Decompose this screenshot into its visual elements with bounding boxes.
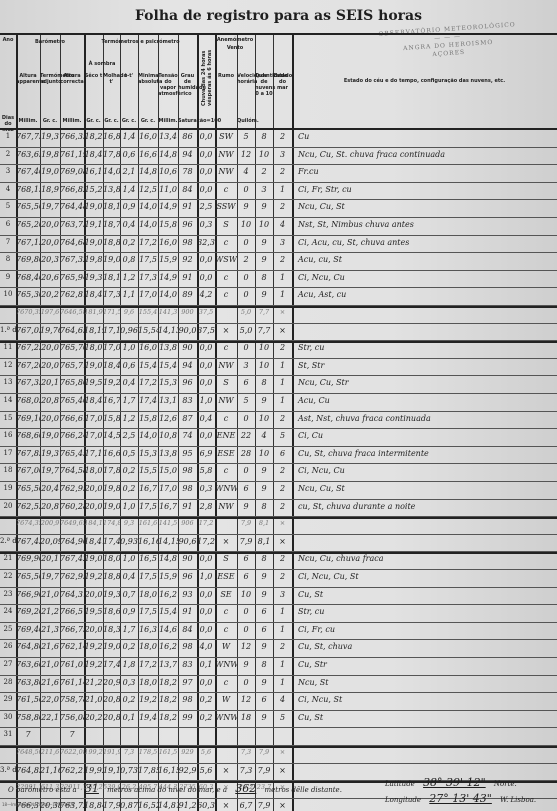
data-cell: 19,0: [103, 255, 120, 264]
data-cell: 764,68: [60, 238, 84, 247]
data-cell: 161,5: [158, 748, 178, 756]
data-cell: 761,01: [60, 660, 84, 669]
data-cell: 1: [273, 678, 292, 687]
data-cell: 19,2: [103, 378, 120, 387]
data-cell: 92: [178, 255, 197, 264]
data-cell: 767,40: [16, 167, 40, 176]
data-cell: 1: [273, 273, 292, 282]
data-cell: 9,3: [120, 519, 138, 527]
data-cell: 22: [237, 431, 255, 440]
data-cell: 0,0: [197, 167, 215, 176]
data-cell: 96: [178, 378, 197, 387]
data-cell: 20,09: [40, 537, 60, 546]
data-cell: 765,50: [16, 572, 40, 581]
data-cell: 3: [273, 150, 292, 159]
sky-observation: Ncu, Cu, St. chuva fraca continuada: [292, 150, 557, 159]
data-cell: 9: [255, 202, 273, 211]
data-cell: 767,85: [16, 449, 40, 458]
data-cell: 12: [237, 695, 255, 704]
data-cell: 0: [237, 625, 255, 634]
column-header: Chuva das 24 horas vésperas ás 6 horas: [201, 43, 211, 113]
data-cell: 0,2: [197, 713, 215, 722]
data-cell: 6,7: [237, 801, 255, 810]
data-cell: 20,4: [40, 484, 60, 493]
data-cell: 20,0: [84, 484, 103, 493]
data-cell: 19,7: [40, 202, 60, 211]
data-cell: 16,0: [138, 343, 158, 352]
data-cell: 19,3: [40, 449, 60, 458]
data-cell: 19,0: [103, 502, 120, 511]
data-cell: 1: [273, 185, 292, 194]
data-cell: 1,8: [120, 660, 138, 669]
data-cell: 91: [178, 202, 197, 211]
data-cell: 763,80: [16, 678, 40, 687]
data-cell: 94: [178, 361, 197, 370]
day-number: 24: [0, 607, 16, 615]
data-cell: 12,6: [158, 414, 178, 423]
data-cell: 19,0: [40, 167, 60, 176]
data-cell: 21,2: [40, 607, 60, 616]
data-cell: 16,6: [103, 449, 120, 458]
data-cell: 2: [273, 132, 292, 141]
data-cell: 19,4: [138, 713, 158, 722]
data-cell: 14,5: [103, 431, 120, 440]
day-number: 13: [0, 378, 16, 386]
data-cell: 7,9: [237, 537, 255, 546]
data-cell: 9: [237, 502, 255, 511]
data-cell: 5,6: [197, 748, 215, 756]
data-cell: 16,0: [158, 238, 178, 247]
data-cell: 37,5: [197, 326, 215, 335]
row-rule: [0, 481, 557, 482]
data-cell: WNW: [215, 660, 237, 669]
data-cell: 767,25: [16, 343, 40, 352]
day-number: 25: [0, 625, 16, 633]
sky-observation: Acu, Cu: [292, 396, 557, 405]
day-number: 31: [0, 730, 16, 738]
data-cell: 0,0: [197, 378, 215, 387]
data-cell: 9: [255, 590, 273, 599]
data-cell: 2: [273, 642, 292, 651]
data-cell: 141,3: [158, 308, 178, 316]
data-cell: 19,2: [138, 695, 158, 704]
latitude-value: 38° 39' 12": [417, 776, 492, 789]
data-cell: 0,0: [197, 150, 215, 159]
data-cell: 17,5: [138, 572, 158, 581]
data-cell: 9: [255, 484, 273, 493]
data-cell: 8: [255, 554, 273, 563]
data-cell: 15,8: [103, 414, 120, 423]
data-cell: 0,0: [197, 607, 215, 616]
sky-observation: cu, St, chuva durante a noite: [292, 502, 557, 511]
data-cell: 4: [273, 695, 292, 704]
sky-observation: Str, cu: [292, 343, 557, 352]
data-cell: 83: [178, 396, 197, 405]
data-cell: 758,78: [60, 695, 84, 704]
data-cell: 762,81: [60, 290, 84, 299]
data-cell: 4: [273, 220, 292, 229]
latitude: Latitude 38° 39' 12" Norte.: [385, 776, 517, 789]
data-cell: 20,8: [40, 396, 60, 405]
data-cell: 19,3: [84, 273, 103, 282]
column-header: Rumo: [215, 73, 237, 79]
sky-observation: Cu, St: [292, 713, 557, 722]
data-cell: 12,5: [138, 185, 158, 194]
data-cell: 0,5: [120, 449, 138, 458]
column-unit: Saturação=100: [178, 118, 197, 124]
row-rule: [0, 675, 557, 676]
sky-observation: Str, cu: [292, 607, 557, 616]
day-number: 11: [0, 343, 16, 351]
data-cell: 21,2: [84, 678, 103, 687]
data-cell: S: [215, 378, 237, 387]
data-cell: 0,4: [120, 378, 138, 387]
data-cell: 17,1: [84, 449, 103, 458]
data-cell: 769,08: [60, 167, 84, 176]
data-cell: 2,5: [197, 202, 215, 211]
data-cell: 18,4: [84, 290, 103, 299]
data-cell: 1,7: [120, 396, 138, 405]
data-cell: 21,3: [40, 625, 60, 634]
data-cell: c: [215, 185, 237, 194]
data-cell: 20,6: [40, 273, 60, 282]
data-cell: 1,0: [197, 572, 215, 581]
data-cell: 0,1: [120, 713, 138, 722]
data-cell: 11,0: [158, 185, 178, 194]
sky-observation: Nst, St, Nimbus chuva antes: [292, 220, 557, 229]
row-rule: [0, 270, 557, 271]
data-cell: 16,3: [138, 625, 158, 634]
data-cell: 766,24: [60, 431, 84, 440]
data-cell: 0,6: [120, 361, 138, 370]
data-cell: 17,97: [103, 801, 120, 810]
data-cell: 6: [237, 572, 255, 581]
data-cell: 767,75: [16, 132, 40, 141]
sky-observation: Cu, St: [292, 590, 557, 599]
data-cell: 20,0: [84, 590, 103, 599]
data-cell: 9,6: [120, 308, 138, 316]
data-cell: 96: [178, 220, 197, 229]
data-cell: WNW: [215, 484, 237, 493]
data-cell: 20,0: [40, 238, 60, 247]
data-cell: 17,0: [158, 484, 178, 493]
data-cell: 765,50: [16, 484, 40, 493]
data-cell: 8,1: [255, 519, 273, 527]
data-cell: 769,20: [16, 607, 40, 616]
data-cell: 765,46: [60, 396, 84, 405]
data-cell: 17,2: [138, 378, 158, 387]
data-cell: 98: [178, 466, 197, 475]
wind-label: Vento: [215, 45, 255, 51]
data-cell: 12: [237, 150, 255, 159]
data-cell: S: [215, 220, 237, 229]
data-cell: 18,1: [103, 273, 120, 282]
column-header: Tensão do vapor atmosférico: [158, 73, 178, 97]
data-cell: 766,61: [60, 414, 84, 423]
day-number: 21: [0, 554, 16, 562]
data-cell: 766,57: [60, 607, 84, 616]
data-cell: 17,3: [138, 273, 158, 282]
day-number: 6: [0, 220, 16, 228]
data-cell: 767,03: [16, 326, 40, 335]
data-cell: 9: [255, 466, 273, 475]
data-cell: 0,3: [120, 678, 138, 687]
column-header: Grau de humidade: [178, 73, 197, 91]
data-cell: 3: [273, 590, 292, 599]
row-rule: [0, 534, 557, 535]
data-cell: 74: [178, 431, 197, 440]
data-cell: 20,0: [84, 625, 103, 634]
data-cell: 20,3: [40, 255, 60, 264]
data-cell: 2,8: [197, 502, 215, 511]
data-cell: c: [215, 238, 237, 247]
data-cell: 19,8: [103, 484, 120, 493]
data-cell: 155,4: [138, 308, 158, 316]
data-cell: 22,0: [40, 695, 60, 704]
data-cell: 17,3: [103, 290, 120, 299]
data-cell: 18,0: [138, 678, 158, 687]
data-cell: 0,0: [197, 431, 215, 440]
data-cell: 14,15: [158, 537, 178, 546]
data-cell: 16,7: [158, 502, 178, 511]
data-cell: 17,0: [84, 414, 103, 423]
data-cell: ×: [273, 537, 292, 546]
data-cell: 86: [178, 132, 197, 141]
data-cell: 20,0: [40, 414, 60, 423]
data-cell: 0,3: [197, 484, 215, 493]
sky-observation: Ci, Ncu, Cu, St: [292, 572, 557, 581]
day-number: 12: [0, 361, 16, 369]
column-unit: Millim.: [16, 118, 40, 124]
data-cell: 161,6: [138, 519, 158, 527]
data-cell: 0,4: [120, 220, 138, 229]
data-cell: 767,43: [16, 537, 40, 546]
data-cell: 94: [178, 150, 197, 159]
data-cell: 0: [237, 678, 255, 687]
data-cell: 18,19: [84, 326, 103, 335]
day-number: 27: [0, 660, 16, 668]
day-number: 22: [0, 572, 16, 580]
data-cell: 8: [255, 502, 273, 511]
data-cell: c: [215, 343, 237, 352]
data-cell: 93: [178, 590, 197, 599]
data-cell: 6: [255, 625, 273, 634]
data-cell: 18,4: [103, 361, 120, 370]
data-cell: 2: [273, 572, 292, 581]
sky-observation: Ci, Cu: [292, 431, 557, 440]
data-cell: 1: [273, 361, 292, 370]
column-unit: Gr. c.: [40, 118, 60, 124]
data-cell: 14,81: [158, 801, 178, 810]
data-cell: 0,2: [120, 238, 138, 247]
data-cell: 17,2: [138, 660, 158, 669]
data-cell: 765,50: [16, 202, 40, 211]
data-cell: ×: [273, 519, 292, 527]
data-cell: 21,6: [40, 678, 60, 687]
data-cell: 7,9: [237, 519, 255, 527]
day-number: 16: [0, 431, 16, 439]
data-cell: 756,08: [60, 713, 84, 722]
data-cell: 929: [178, 748, 197, 756]
data-cell: 7,3: [237, 748, 255, 756]
data-cell: 765,45: [60, 449, 84, 458]
data-cell: 1,2: [120, 414, 138, 423]
data-cell: 15,9: [158, 572, 178, 581]
row-rule: [0, 323, 557, 324]
sky-observation: Ci, Ncu, Cu: [292, 466, 557, 475]
data-cell: 18,1: [103, 202, 120, 211]
row-rule: [0, 375, 557, 376]
data-cell: 18,0: [138, 642, 158, 651]
data-cell: 1: [273, 396, 292, 405]
sky-observation: Cu, Str: [292, 660, 557, 669]
data-cell: 21,6: [40, 642, 60, 651]
data-cell: 3: [237, 361, 255, 370]
data-cell: 18,4: [84, 396, 103, 405]
data-cell: 762,55: [16, 502, 40, 511]
data-cell: 19,0: [84, 361, 103, 370]
data-cell: 60,3: [197, 801, 215, 810]
data-cell: 0,2: [120, 466, 138, 475]
data-cell: 13,7: [158, 660, 178, 669]
data-cell: 9: [255, 642, 273, 651]
data-cell: 2,5: [120, 431, 138, 440]
barometer-note: O barómetro está a 31 metros acima do ni…: [8, 782, 342, 795]
data-cell: 19,0: [84, 554, 103, 563]
day-number: 8: [0, 255, 16, 263]
data-cell: 0,9: [120, 607, 138, 616]
data-cell: 7,9: [255, 801, 273, 810]
data-cell: ESE: [215, 572, 237, 581]
row-rule: [0, 569, 557, 570]
data-cell: 14,0: [103, 167, 120, 176]
data-cell: 1,4: [120, 132, 138, 141]
data-cell: 1,7: [120, 625, 138, 634]
data-cell: ×: [215, 537, 237, 546]
column-header: Estado do céu e do tempo, configuração d…: [292, 78, 557, 84]
data-cell: 20,1: [40, 554, 60, 563]
data-cell: 10: [255, 414, 273, 423]
data-cell: 200,9: [40, 519, 60, 527]
data-cell: 1: [273, 378, 292, 387]
day-number: 28: [0, 678, 16, 686]
data-cell: 19,0: [103, 642, 120, 651]
data-cell: 764,65: [60, 326, 84, 335]
header-rule: [0, 128, 557, 130]
data-cell: 2,1: [120, 167, 138, 176]
data-cell: 18,0: [103, 554, 120, 563]
data-cell: 0: [237, 290, 255, 299]
data-cell: 18,3: [103, 625, 120, 634]
barometer-note-text: metros acima do nivel do mar, e a: [107, 786, 227, 794]
data-cell: 9: [255, 572, 273, 581]
day-number: 10: [0, 290, 16, 298]
data-cell: 1,0: [120, 502, 138, 511]
data-cell: 191,9: [103, 748, 120, 756]
data-cell: 765,20: [16, 220, 40, 229]
row-rule: [0, 411, 557, 412]
data-cell: 7648,50: [16, 748, 40, 756]
header-rule: [0, 33, 557, 35]
data-cell: 178,5: [138, 748, 158, 756]
column-header: Estado do mar: [273, 73, 292, 91]
data-cell: 91,2: [178, 801, 197, 810]
data-cell: 17,0: [138, 290, 158, 299]
data-cell: 90: [178, 554, 197, 563]
data-cell: 181,9: [84, 308, 103, 316]
data-cell: 0,0: [197, 361, 215, 370]
row-rule: [0, 287, 557, 288]
data-cell: 0,0: [197, 590, 215, 599]
data-cell: WNW: [215, 713, 237, 722]
data-cell: 18,8: [103, 572, 120, 581]
data-cell: 16,7: [138, 484, 158, 493]
data-cell: 6: [237, 378, 255, 387]
data-cell: 0,2: [120, 642, 138, 651]
data-cell: 8: [255, 378, 273, 387]
data-cell: 17,2: [197, 537, 215, 546]
data-cell: 0: [237, 185, 255, 194]
data-cell: 2: [273, 343, 292, 352]
data-cell: 768,60: [16, 431, 40, 440]
data-cell: 0,4: [197, 414, 215, 423]
sky-observation: Cu, St, chuva: [292, 642, 557, 651]
data-cell: 4,0: [197, 642, 215, 651]
data-cell: 17,0: [103, 343, 120, 352]
data-cell: SSW: [215, 202, 237, 211]
sky-observation: Acu, Ast, cu: [292, 290, 557, 299]
printer-mark: 18—Imprensa Nacional—1899-1900: [2, 802, 74, 807]
data-cell: 20,9: [103, 678, 120, 687]
data-cell: NW: [215, 502, 237, 511]
data-cell: 16,16: [138, 537, 158, 546]
day-number: 2: [0, 150, 16, 158]
data-cell: NW: [215, 167, 237, 176]
day-number: 7: [0, 238, 16, 246]
data-cell: 768,40: [16, 273, 40, 282]
data-cell: S: [215, 554, 237, 563]
data-cell: 766,82: [60, 185, 84, 194]
data-cell: 19,1: [84, 220, 103, 229]
column-unit: Gr. c.: [103, 118, 120, 124]
data-cell: 19,8: [40, 150, 60, 159]
data-cell: 15,0: [158, 466, 178, 475]
data-cell: 28: [237, 449, 255, 458]
data-cell: 83: [178, 660, 197, 669]
data-cell: 761,14: [60, 678, 84, 687]
column-header: Altura apparente: [16, 73, 40, 85]
sky-observation: St, Str: [292, 361, 557, 370]
row-rule: [0, 358, 557, 359]
data-cell: c: [215, 607, 237, 616]
column-header: Molhado t': [103, 73, 120, 85]
data-cell: 5: [237, 396, 255, 405]
data-cell: 2: [273, 202, 292, 211]
data-cell: 17,85: [138, 766, 158, 775]
data-cell: 7670,35: [16, 308, 40, 316]
column-header: t-t': [120, 73, 138, 79]
data-cell: 16,15: [158, 766, 178, 775]
data-cell: 19,19: [103, 766, 120, 775]
data-cell: 0: [237, 607, 255, 616]
data-cell: 14,0: [138, 431, 158, 440]
data-cell: 10: [237, 590, 255, 599]
column-header: Sêco t: [84, 73, 103, 79]
data-cell: 84: [178, 185, 197, 194]
data-cell: 20,8: [103, 695, 120, 704]
data-cell: 1: [273, 625, 292, 634]
data-cell: 763,60: [16, 660, 40, 669]
